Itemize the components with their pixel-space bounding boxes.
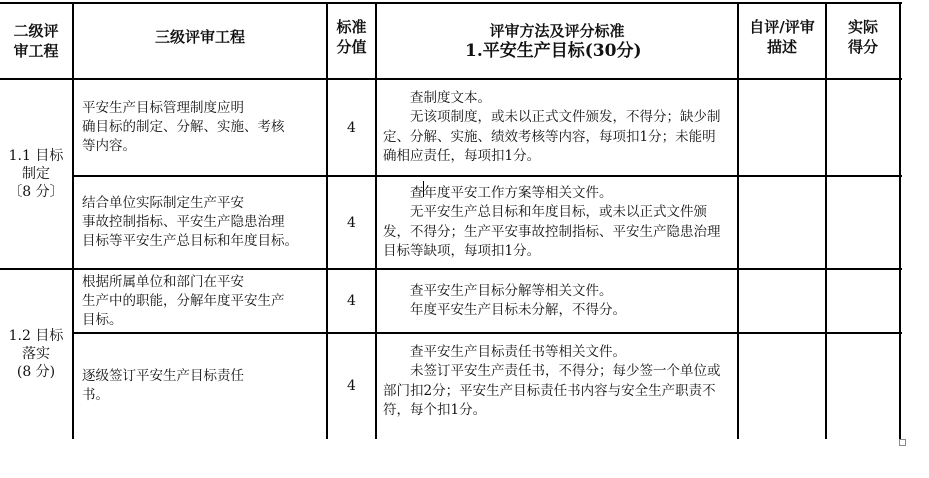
header-self-review: 自评/评审 描述 [739,4,825,70]
method-line: 年度平安生产目标未分解，不得分。 [383,301,729,321]
actual-score-cell[interactable] [827,334,899,438]
group-label-line: 〔8 分〕 [8,183,63,201]
actual-score-cell[interactable] [827,80,899,175]
method-line: 查平安生产目标分解等相关文件。 [383,282,729,302]
item-text: 结合单位实际制定生产平安 事故控制指标、平安生产隐患治理 目标等平安生产总目标和… [74,177,326,268]
method-text: 查制度文本。 无该项制度，或未以正式文件颁发，不得分；缺少制定、分解、实施、绩效… [377,80,737,175]
item-text: 平安生产目标管理制度应明 确目标的制定、分解、实施、考核 等内容。 [74,80,326,175]
group-label-line: 制定 [22,165,50,183]
method-line: 无该项制度，或未以正式文件颁发，不得分；缺少制定、分解、实施、绩效考核等内容，每… [383,108,729,167]
standard-score: 4 [328,80,375,175]
standard-score: 4 [328,177,375,268]
self-review-cell[interactable] [739,334,825,438]
self-review-cell[interactable] [739,177,825,268]
method-line: 查平安生产目标责任书等相关文件。 [383,343,729,363]
text-cursor [423,181,424,197]
self-review-cell[interactable] [739,80,825,175]
group-label-line: 1.1 目标 [9,147,64,165]
group-label-line: (8 分) [17,363,55,381]
header-actual-score: 实际 得分 [827,4,899,70]
group-label-line: 1.2 目标 [9,327,64,345]
method-line: 无平安生产总目标和年度目标，或未以正式文件颁发，不得分；生产平安事故控制指标、平… [383,203,729,262]
standard-score: 4 [328,334,375,438]
method-line: 查制度文本。 [383,89,729,109]
method-text: 查平安生产目标分解等相关文件。 年度平安生产目标未分解，不得分。 [377,270,737,332]
table-resize-handle[interactable] [899,439,906,446]
method-text: 查年度平安工作方案等相关文件。 无平安生产总目标和年度目标，或未以正式文件颁发，… [377,177,737,268]
self-review-cell[interactable] [739,270,825,332]
group-label-1-2: 1.2 目标 落实 (8 分) [0,270,72,438]
method-line: 未签订平安生产责任书，不得分；每少签一个单位或部门扣2分；平安生产目标责任书内容… [383,362,729,421]
actual-score-cell[interactable] [827,270,899,332]
method-text: 查平安生产目标责任书等相关文件。 未签订平安生产责任书，不得分；每少签一个单位或… [377,334,737,429]
table-border-right [899,2,901,439]
header-level2: 二级评 审工程 [0,4,72,78]
group-label-1-1: 1.1 目标 制定 〔8 分〕 [0,80,72,268]
header-level3: 三级评审工程 [74,4,326,70]
item-text: 逐级签订平安生产目标责任 书。 [74,334,326,438]
standard-score: 4 [328,270,375,332]
section-title: 1.平安生产目标(30分) [465,36,642,61]
header-standard-score: 标准 分值 [328,4,375,70]
actual-score-cell[interactable] [827,177,899,268]
method-line: 查年度平安工作方案等相关文件。 [383,184,729,204]
item-text: 根据所属单位和部门在平安 生产中的职能，分解年度平安生产 目标。 [74,270,326,332]
group-label-line: 落实 [22,345,50,363]
